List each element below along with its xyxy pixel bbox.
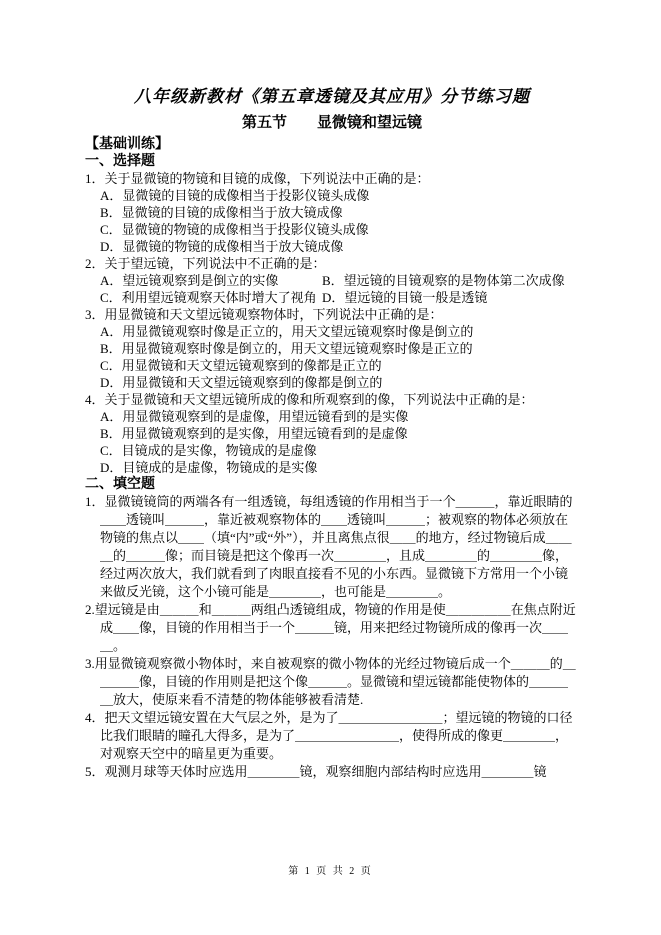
option-b: B．望远镜的目镜观察的是物体第二次成像 [322, 272, 579, 289]
choice-question-1: 1．关于显微镜的物镜和目镜的成像，下列说法中正确的是： A．显微镜的目镜的成像相… [85, 170, 579, 255]
option-b: B．用显微镜观察到的是实像，用望远镜看到的是虚像 [85, 425, 579, 442]
fill-question-2: 2.望远镜是由＿＿＿和＿＿＿两组凸透镜组成，物镜的作用是使＿＿＿＿＿在焦点附近成… [85, 601, 579, 655]
question-stem: 2．关于望远镜，下列说法中不正确的是： [85, 255, 579, 272]
option-row: A．望远镜观察到是倒立的实像 B．望远镜的目镜观察的是物体第二次成像 [85, 272, 579, 289]
page-title: 八年级新教材《第五章透镜及其应用》分节练习题 [85, 84, 579, 110]
question-stem: 1．关于显微镜的物镜和目镜的成像，下列说法中正确的是： [85, 170, 579, 187]
option-c: C．利用望远镜观察天体时增大了视角 [100, 289, 322, 306]
option-c: C．显微镜的物镜的成像相当于投影仪镜头成像 [85, 221, 579, 238]
option-a: A．用显微镜观察到的是虚像，用望远镜看到的是实像 [85, 408, 579, 425]
option-c: C．用显微镜和天文望远镜观察到的像都是正立的 [85, 357, 579, 374]
part1-header-choice: 一、选择题 [85, 153, 579, 170]
option-d: D．用显微镜和天文望远镜观察到的像都是倒立的 [85, 374, 579, 391]
option-d: D．显微镜的物镜的成像相当于放大镜成像 [85, 238, 579, 255]
fill-question-3: 3.用显微镜观察微小物体时，来自被观察的微小物体的光经过物镜后成一个＿＿＿的＿＿… [85, 655, 579, 709]
option-a: A．望远镜观察到是倒立的实像 [100, 272, 322, 289]
basic-training-header: 【基础训练】 [85, 136, 579, 153]
option-d: D．目镜成的是虚像，物镜成的是实像 [85, 459, 579, 476]
option-a: A．用显微镜观察时像是正立的，用天文望远镜观察时像是倒立的 [85, 323, 579, 340]
document-page: 八年级新教材《第五章透镜及其应用》分节练习题 第五节 显微镜和望远镜 【基础训练… [0, 0, 661, 935]
option-b: B．用显微镜观察时像是倒立的，用天文望远镜观察时像是正立的 [85, 340, 579, 357]
option-row: C．利用望远镜观察天体时增大了视角 D．望远镜的目镜一般是透镜 [85, 289, 579, 306]
question-stem: 3．用显微镜和天文望远镜观察物体时，下列说法中正确的是： [85, 306, 579, 323]
fill-question-1: 1．显微镜镜筒的两端各有一组透镜，每组透镜的作用相当于一个＿＿＿，靠近眼睛的＿＿… [85, 493, 579, 601]
option-d: D．望远镜的目镜一般是透镜 [322, 289, 579, 306]
option-c: C．目镜成的是实像，物镜成的是虚像 [85, 442, 579, 459]
choice-question-3: 3．用显微镜和天文望远镜观察物体时，下列说法中正确的是： A．用显微镜观察时像是… [85, 306, 579, 391]
document-content: 八年级新教材《第五章透镜及其应用》分节练习题 第五节 显微镜和望远镜 【基础训练… [85, 84, 579, 781]
question-stem: 4．关于显微镜和天文望远镜所成的像和所观察到的像，下列说法中正确的是： [85, 391, 579, 408]
option-b: B．显微镜的目镜的成像相当于放大镜成像 [85, 204, 579, 221]
fill-question-4: 4．把天文望远镜安置在大气层之外，是为了＿＿＿＿＿＿＿＿；望远镜的物镜的口径比我… [85, 709, 579, 763]
fill-question-5: 5．观测月球等天体时应选用＿＿＿＿镜，观察细胞内部结构时应选用＿＿＿＿镜 [85, 763, 579, 781]
fill-in-section: 1．显微镜镜筒的两端各有一组透镜，每组透镜的作用相当于一个＿＿＿，靠近眼睛的＿＿… [85, 493, 579, 781]
section-title: 第五节 显微镜和望远镜 [85, 114, 579, 133]
choice-question-2: 2．关于望远镜，下列说法中不正确的是： A．望远镜观察到是倒立的实像 B．望远镜… [85, 255, 579, 306]
choice-question-4: 4．关于显微镜和天文望远镜所成的像和所观察到的像，下列说法中正确的是： A．用显… [85, 391, 579, 476]
page-footer: 第 1 页 共 2 页 [0, 866, 661, 878]
part2-header-fill: 二、填空题 [85, 476, 579, 493]
option-a: A．显微镜的目镜的成像相当于投影仪镜头成像 [85, 187, 579, 204]
